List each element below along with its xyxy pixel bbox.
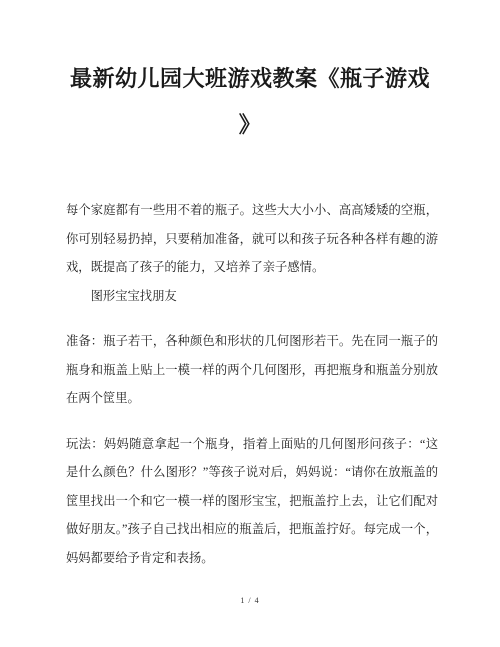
document-page: 最新幼儿园大班游戏教案《瓶子游戏》 每个家庭都有一些用不着的瓶子。这些大大小小、…: [0, 0, 500, 647]
paragraph-preparation: 准备：瓶子若干，各种颜色和形状的几何图形若干。先在同一瓶子的瓶身和瓶盖上贴上一模…: [66, 327, 438, 413]
page-title: 最新幼儿园大班游戏教案《瓶子游戏》: [0, 0, 500, 148]
page-number: 1 / 4: [0, 596, 500, 605]
document-body: 每个家庭都有一些用不着的瓶子。这些大大小小、高高矮矮的空瓶，你可别轻易扔掉，只要…: [0, 148, 500, 572]
paragraph-intro: 每个家庭都有一些用不着的瓶子。这些大大小小、高高矮矮的空瓶，你可别轻易扔掉，只要…: [66, 196, 438, 282]
paragraph-subheading: 图形宝宝找朋友: [66, 282, 438, 311]
paragraph-how-to-play: 玩法：妈妈随意拿起一个瓶身，指着上面贴的几何图形问孩子：“这是什么颜色？什么图形…: [66, 430, 438, 573]
page-title-line-2: 》: [239, 112, 262, 137]
page-title-line-1: 最新幼儿园大班游戏教案《瓶子游戏: [70, 66, 430, 91]
